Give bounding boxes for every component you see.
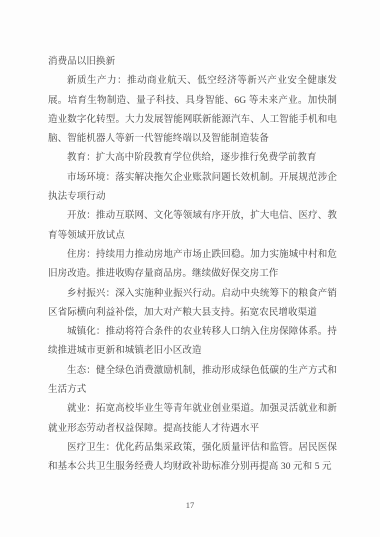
para-consumer-goods-tradein-continuation: 消费品以旧换新	[48, 53, 337, 72]
para-housing: 住房：持续用力推动房地产市场止跌回稳。加力实施城中村和危旧房改造。推进收购存量商…	[48, 246, 337, 285]
para-new-productive-forces: 新质生产力：推动商业航天、低空经济等新兴产业安全健康发展。培育生物制造、量子科技…	[48, 72, 337, 149]
para-rural-revitalization: 乡村振兴：深入实施种业振兴行动。启动中央统筹下的粮食产销区省际横向利益补偿，加大…	[48, 285, 337, 324]
para-education: 教育：扩大高中阶段教育学位供给，逐步推行免费学前教育	[48, 149, 337, 168]
para-opening-up: 开放：推动互联网、文化等领域有序开放，扩大电信、医疗、教育等领域开放试点	[48, 207, 337, 246]
para-market-environment: 市场环境：落实解决拖欠企业账款问题长效机制。开展规范涉企执法专项行动	[48, 169, 337, 208]
page-number: 17	[0, 500, 380, 510]
para-healthcare: 医疗卫生：优化药品集采政策，强化质量评估和监管。居民医保和基本公共卫生服务经费人…	[48, 439, 337, 478]
document-page: 消费品以旧换新 新质生产力：推动商业航天、低空经济等新兴产业安全健康发展。培育生…	[0, 0, 380, 537]
para-ecology: 生态：健全绿色消费激励机制，推动形成绿色低碳的生产方式和生活方式	[48, 362, 337, 401]
page-content: 消费品以旧换新 新质生产力：推动商业航天、低空经济等新兴产业安全健康发展。培育生…	[48, 53, 337, 478]
para-employment: 就业：拓宽高校毕业生等青年就业创业渠道。加强灵活就业和新就业形态劳动者权益保障。…	[48, 400, 337, 439]
para-urbanization: 城镇化：推动将符合条件的农业转移人口纳入住房保障体系。持续推进城市更新和城镇老旧…	[48, 323, 337, 362]
